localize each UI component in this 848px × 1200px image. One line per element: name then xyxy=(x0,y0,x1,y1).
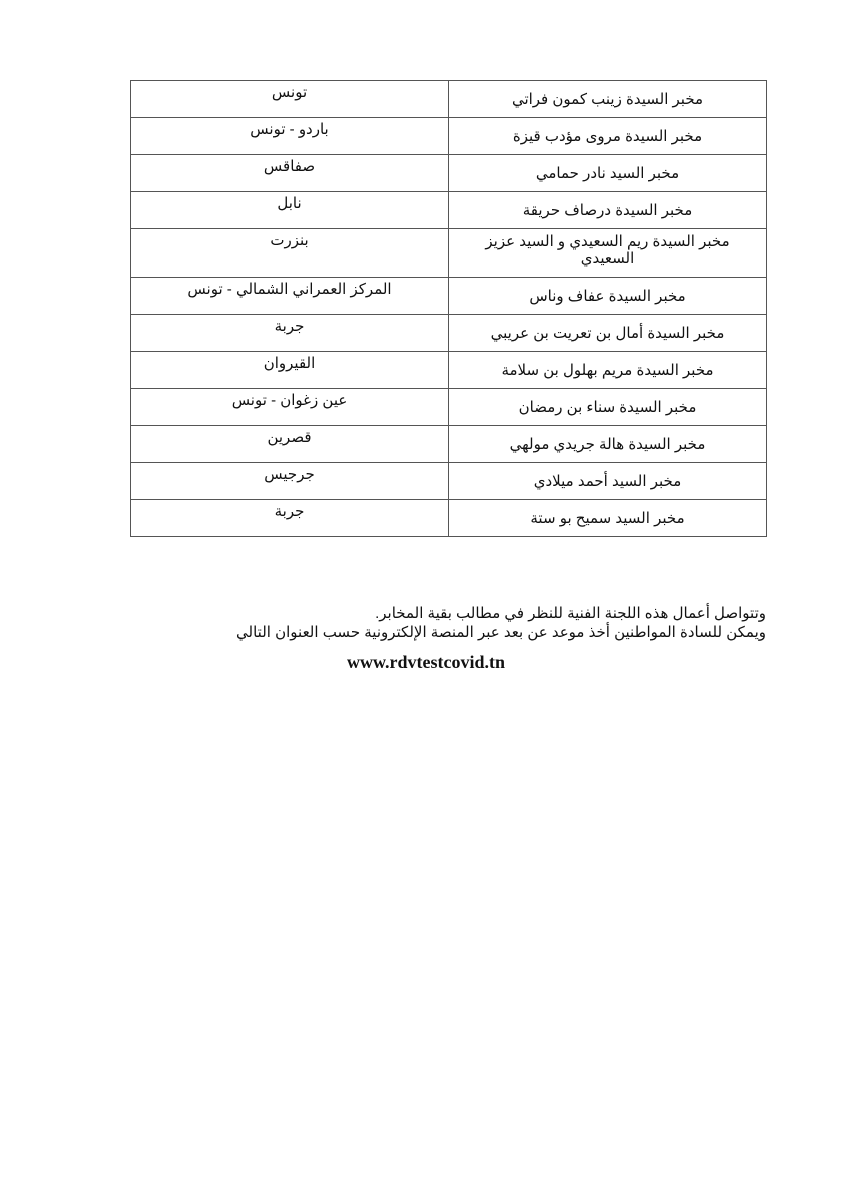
closing-notes: وتتواصل أعمال هذه اللجنة الفنية للنظر في… xyxy=(206,604,766,642)
lab-name-cell: مخبر السيدة أمال بن تعريت بن عريبي xyxy=(449,315,767,352)
lab-name-cell: مخبر السيدة زينب كمون فراتي xyxy=(449,81,767,118)
table-row: مخبر السيدة مريم بهلول بن سلامة القيروان xyxy=(131,352,767,389)
lab-location-cell: نابل xyxy=(131,192,449,229)
lab-location-cell: عين زغوان - تونس xyxy=(131,389,449,426)
lab-location-cell: جربة xyxy=(131,500,449,537)
lab-name-cell: مخبر السيدة هالة جريدي مولهي xyxy=(449,426,767,463)
table-row: مخبر السيدة هالة جريدي مولهي قصرين xyxy=(131,426,767,463)
table-row: مخبر السيدة سناء بن رمضان عين زغوان - تو… xyxy=(131,389,767,426)
table-row: مخبر السيدة زينب كمون فراتي تونس xyxy=(131,81,767,118)
lab-location-cell: جربة xyxy=(131,315,449,352)
lab-name-cell: مخبر السيد سميح بو ستة xyxy=(449,500,767,537)
lab-name-cell: مخبر السيدة مروى مؤدب قيزة xyxy=(449,118,767,155)
lab-location-cell: القيروان xyxy=(131,352,449,389)
table-row: مخبر السيد سميح بو ستة جربة xyxy=(131,500,767,537)
appointment-website-url: www.rdvtestcovid.tn xyxy=(347,652,505,673)
lab-location-cell: بنزرت xyxy=(131,229,449,278)
table-row: مخبر السيدة درصاف حريقة نابل xyxy=(131,192,767,229)
laboratories-table: مخبر السيدة زينب كمون فراتي تونس مخبر ال… xyxy=(130,80,767,537)
lab-name-cell: مخبر السيدة سناء بن رمضان xyxy=(449,389,767,426)
table-row: مخبر السيد نادر حمامي صفاقس xyxy=(131,155,767,192)
lab-location-cell: جرجيس xyxy=(131,463,449,500)
lab-name-cell: مخبر السيدة مريم بهلول بن سلامة xyxy=(449,352,767,389)
lab-location-cell: المركز العمراني الشمالي - تونس xyxy=(131,278,449,315)
lab-name-cell: مخبر السيد أحمد ميلادي xyxy=(449,463,767,500)
document-page: مخبر السيدة زينب كمون فراتي تونس مخبر ال… xyxy=(0,0,848,1200)
lab-location-cell: قصرين xyxy=(131,426,449,463)
lab-name-cell: مخبر السيدة درصاف حريقة xyxy=(449,192,767,229)
appointment-note: ويمكن للسادة المواطنين أخذ موعد عن بعد ع… xyxy=(206,623,766,642)
committee-note: وتتواصل أعمال هذه اللجنة الفنية للنظر في… xyxy=(206,604,766,623)
lab-name-cell: مخبر السيد نادر حمامي xyxy=(449,155,767,192)
lab-location-cell: تونس xyxy=(131,81,449,118)
table-row: مخبر السيدة ريم السعيدي و السيد عزيز الس… xyxy=(131,229,767,278)
lab-name-cell: مخبر السيدة ريم السعيدي و السيد عزيز الس… xyxy=(449,229,767,278)
lab-location-cell: صفاقس xyxy=(131,155,449,192)
lab-name-cell: مخبر السيدة عفاف وناس xyxy=(449,278,767,315)
table-row: مخبر السيدة مروى مؤدب قيزة باردو - تونس xyxy=(131,118,767,155)
table-row: مخبر السيد أحمد ميلادي جرجيس xyxy=(131,463,767,500)
table-row: مخبر السيدة أمال بن تعريت بن عريبي جربة xyxy=(131,315,767,352)
table-row: مخبر السيدة عفاف وناس المركز العمراني ال… xyxy=(131,278,767,315)
lab-location-cell: باردو - تونس xyxy=(131,118,449,155)
